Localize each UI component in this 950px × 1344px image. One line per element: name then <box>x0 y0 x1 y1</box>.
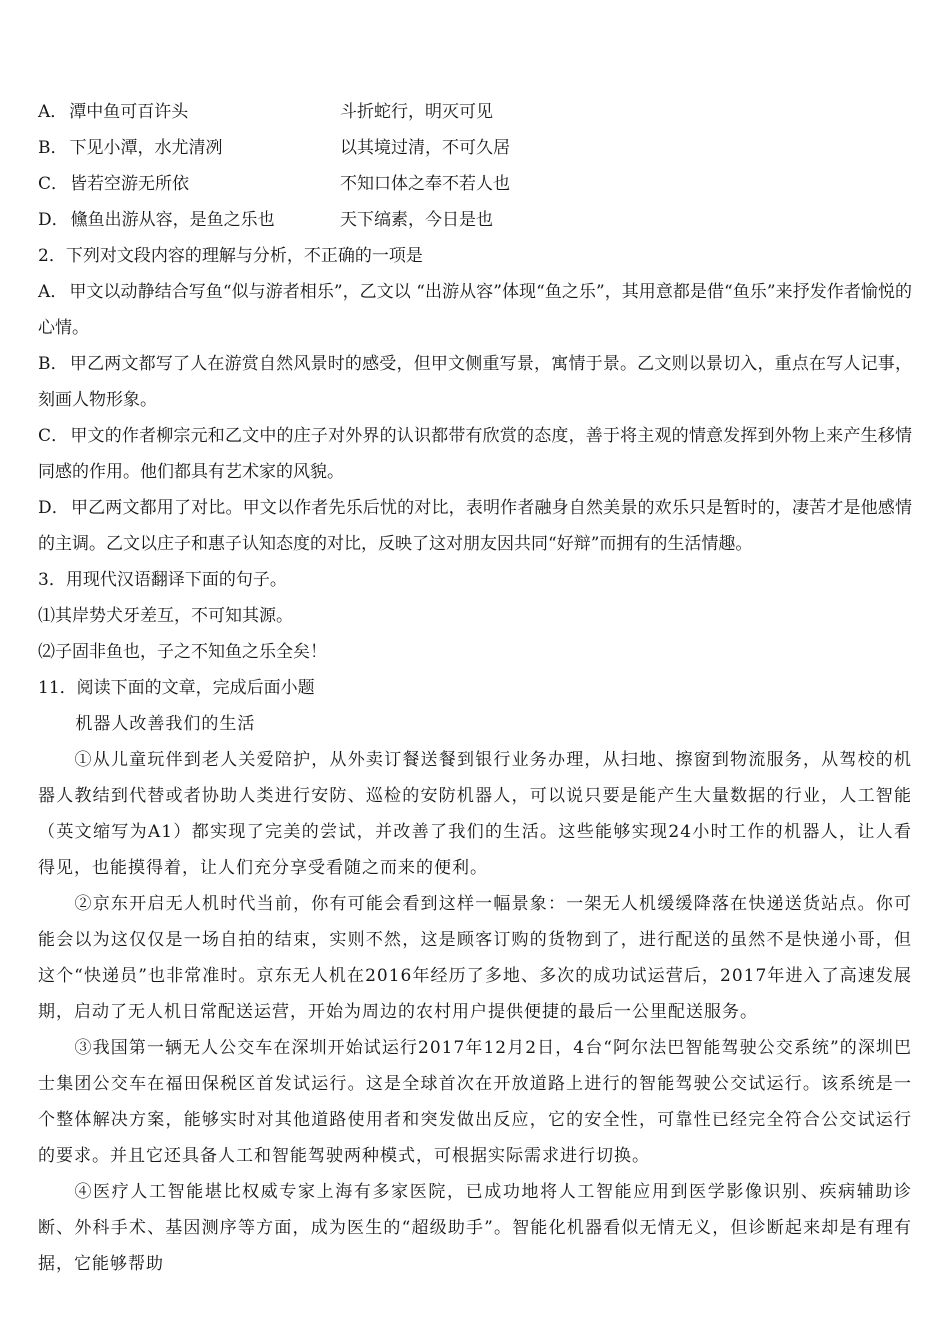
option-text: 甲文以动静结合写鱼“似与游者相乐”，乙文以 “出游从容”体现“鱼之乐”，其用意都… <box>38 282 912 338</box>
match-option-row-a: A．潭中鱼可百许头 斗折蛇行，明灭可见 <box>38 94 912 130</box>
match-option-left: A．潭中鱼可百许头 <box>38 94 340 130</box>
option-label: A． <box>38 102 69 122</box>
article-paragraph-2: ②京东开启无人机时代当前，你有可能会看到这样一幅景象：一架无人机缓缓降落在快递送… <box>38 886 912 1030</box>
option-label: B． <box>38 138 70 158</box>
option-left-text: 皆若空游无所依 <box>70 174 189 194</box>
article-paragraph-1: ①从儿童玩伴到老人关爱陪护，从外卖订餐送餐到银行业务办理，从扫地、擦窗到物流服务… <box>38 742 912 886</box>
match-option-row-b: B．下见小潭，水尤清冽 以其境过清，不可久居 <box>38 130 912 166</box>
match-option-left: D．儵鱼出游从容，是鱼之乐也 <box>38 202 340 238</box>
option-label: D． <box>38 210 71 230</box>
article-paragraph-4: ④医疗人工智能堪比权威专家上海有多家医院，已成功地将人工智能应用到医学影像识别、… <box>38 1174 912 1282</box>
question-2-option-b: B．甲乙两文都写了人在游赏自然风景时的感受，但甲文侧重写景，寓情于景。乙文则以景… <box>38 346 912 418</box>
option-label: B． <box>38 354 70 374</box>
question-2-option-c: C．甲文的作者柳宗元和乙文中的庄子对外界的认识都带有欣赏的态度，善于将主观的情意… <box>38 418 912 490</box>
match-option-row-d: D．儵鱼出游从容，是鱼之乐也 天下缟素，今日是也 <box>38 202 912 238</box>
option-right-text: 以其境过清，不可久居 <box>340 130 510 166</box>
question-2-stem: 2．下列对文段内容的理解与分析，不正确的一项是 <box>38 238 912 274</box>
question-3-sentence-1: ⑴其岸势犬牙差互，不可知其源。 <box>38 598 912 634</box>
question-2-option-a: A．甲文以动静结合写鱼“似与游者相乐”，乙文以 “出游从容”体现“鱼之乐”，其用… <box>38 274 912 346</box>
match-option-left: B．下见小潭，水尤清冽 <box>38 130 340 166</box>
question-11-stem: 11．阅读下面的文章，完成后面小题 <box>38 670 912 706</box>
option-left-text: 下见小潭，水尤清冽 <box>70 138 223 158</box>
option-label: C． <box>38 174 70 194</box>
option-text: 甲乙两文都写了人在游赏自然风景时的感受，但甲文侧重写景，寓情于景。乙文则以景切入… <box>38 354 912 410</box>
option-left-text: 潭中鱼可百许头 <box>69 102 188 122</box>
exam-document-page: A．潭中鱼可百许头 斗折蛇行，明灭可见 B．下见小潭，水尤清冽 以其境过清，不可… <box>0 0 950 1344</box>
option-label: A． <box>38 282 69 302</box>
match-option-left: C．皆若空游无所依 <box>38 166 340 202</box>
option-right-text: 不知口体之奉不若人也 <box>340 166 510 202</box>
question-3-block: 3．用现代汉语翻译下面的句子。 ⑴其岸势犬牙差互，不可知其源。 ⑵子固非鱼也，子… <box>38 562 912 670</box>
article-paragraph-3: ③我国第一辆无人公交车在深圳开始试运行2017年12月2日，4台“阿尔法巴智能驾… <box>38 1030 912 1174</box>
question-3-sentence-2: ⑵子固非鱼也，子之不知鱼之乐全矣！ <box>38 634 912 670</box>
option-text: 甲文的作者柳宗元和乙文中的庄子对外界的认识都带有欣赏的态度，善于将主观的情意发挥… <box>38 426 912 482</box>
question-11-block: 11．阅读下面的文章，完成后面小题 机器人改善我们的生活 ①从儿童玩伴到老人关爱… <box>38 670 912 1282</box>
option-right-text: 斗折蛇行，明灭可见 <box>340 94 493 130</box>
article-title: 机器人改善我们的生活 <box>75 706 912 742</box>
option-text: 甲乙两文都用了对比。甲文以作者先乐后忧的对比，表明作者融身自然美景的欢乐只是暂时… <box>38 498 912 554</box>
match-options-block: A．潭中鱼可百许头 斗折蛇行，明灭可见 B．下见小潭，水尤清冽 以其境过清，不可… <box>38 94 912 238</box>
question-2-option-d: D．甲乙两文都用了对比。甲文以作者先乐后忧的对比，表明作者融身自然美景的欢乐只是… <box>38 490 912 562</box>
question-3-stem: 3．用现代汉语翻译下面的句子。 <box>38 562 912 598</box>
option-label: D． <box>38 498 71 518</box>
option-right-text: 天下缟素，今日是也 <box>340 202 493 238</box>
question-2-block: 2．下列对文段内容的理解与分析，不正确的一项是 A．甲文以动静结合写鱼“似与游者… <box>38 238 912 562</box>
option-label: C． <box>38 426 70 446</box>
match-option-row-c: C．皆若空游无所依 不知口体之奉不若人也 <box>38 166 912 202</box>
option-left-text: 儵鱼出游从容，是鱼之乐也 <box>71 210 275 230</box>
